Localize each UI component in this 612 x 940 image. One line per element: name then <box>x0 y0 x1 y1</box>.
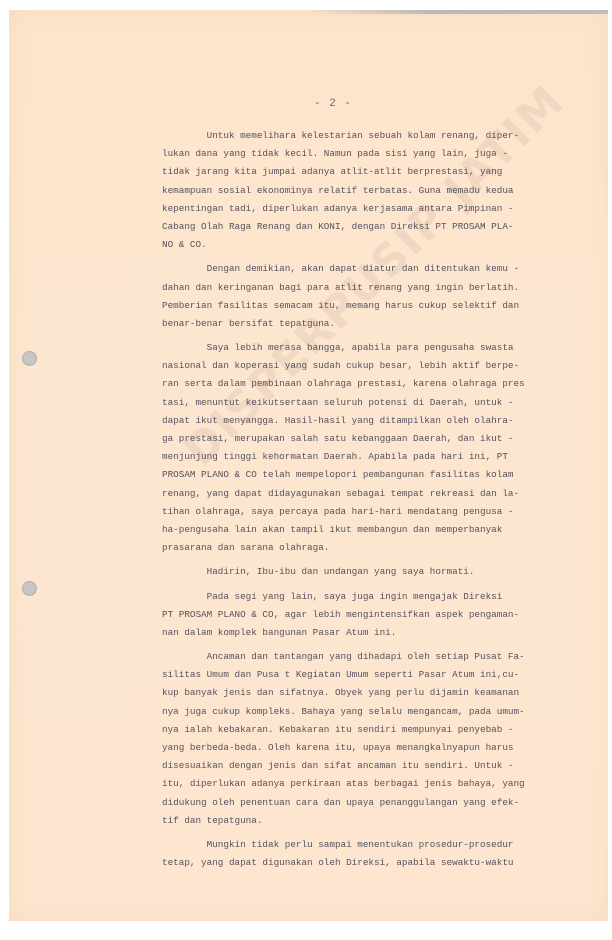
text-line: ran serta dalam pembinaan olahraga prest… <box>162 375 581 393</box>
corner-mark <box>17 22 49 26</box>
text-line: tasi, menuntut keikutsertaan seluruh pot… <box>162 394 581 412</box>
text-line: PT PROSAM PLANO & CO, agar lebih mengint… <box>162 606 581 624</box>
text-line: itu, diperlukan adanya perkiraan atas be… <box>162 775 581 793</box>
paragraph: Ancaman dan tantangan yang dihadapi oleh… <box>189 648 581 830</box>
text-line: dapat ikut menyangga. Hasil-hasil yang d… <box>162 412 581 430</box>
text-line: ha-pengusaha lain akan tampil ikut memba… <box>162 521 581 539</box>
paragraph: Hadirin, Ibu-ibu dan undangan yang saya … <box>189 563 581 581</box>
text-line: Mungkin tidak perlu sampai menentukan pr… <box>162 836 581 854</box>
text-line: ga prestasi, merupakan salah satu kebang… <box>162 430 581 448</box>
scan-edge-shadow <box>309 10 608 14</box>
text-line: dahan dan keringanan bagi para atlit ren… <box>162 279 581 297</box>
text-line: NO & CO. <box>162 236 581 254</box>
text-line: Cabang Olah Raga Renang dan KONI, dengan… <box>162 218 581 236</box>
paragraph: Mungkin tidak perlu sampai menentukan pr… <box>189 836 581 872</box>
body-text: Untuk memelihara kelestarian sebuah kola… <box>189 127 581 872</box>
paragraph: Saya lebih merasa bangga, apabila para p… <box>189 339 581 557</box>
text-line: Ancaman dan tantangan yang dihadapi oleh… <box>162 648 581 666</box>
text-line: nya ialah kebakaran. Kebakaran itu sendi… <box>162 721 581 739</box>
text-line: kemampuan sosial ekonominya relatif terb… <box>162 182 581 200</box>
text-line: renang, yang dapat didayagunakan sebagai… <box>162 485 581 503</box>
text-line: prasarana dan sarana olahraga. <box>162 539 581 557</box>
text-line: menjunjung tinggi kehormatan Daerah. Apa… <box>162 448 581 466</box>
text-line: didukung oleh penentuan cara dan upaya p… <box>162 794 581 812</box>
text-line: PROSAM PLANO & CO telah mempelopori pemb… <box>162 466 581 484</box>
text-line: kepentingan tadi, diperlukan adanya kerj… <box>162 200 581 218</box>
text-line: nasional dan koperasi yang sudah cukup b… <box>162 357 581 375</box>
paragraph: Pada segi yang lain, saya juga ingin men… <box>189 588 581 643</box>
text-line: kup banyak jenis dan sifatnya. Obyek yan… <box>162 684 581 702</box>
text-line: tihan olahraga, saya percaya pada hari-h… <box>162 503 581 521</box>
text-line: Pemberian fasilitas semacam itu, memang … <box>162 297 581 315</box>
text-line: Pada segi yang lain, saya juga ingin men… <box>162 588 581 606</box>
text-line: Dengan demikian, akan dapat diatur dan d… <box>162 260 581 278</box>
paragraph: Untuk memelihara kelestarian sebuah kola… <box>189 127 581 254</box>
text-line: Untuk memelihara kelestarian sebuah kola… <box>162 127 581 145</box>
text-line: tetap, yang dapat digunakan oleh Direksi… <box>162 854 581 872</box>
text-line: Saya lebih merasa bangga, apabila para p… <box>162 339 581 357</box>
punch-hole <box>22 351 37 366</box>
text-line: silitas Umum dan Pusa t Kegiatan Umum se… <box>162 666 581 684</box>
text-line: disesuaikan dengan jenis dan sifat ancam… <box>162 757 581 775</box>
text-line: yang berbeda-beda. Oleh karena itu, upay… <box>162 739 581 757</box>
punch-hole <box>22 581 37 596</box>
text-line: nan dalam komplek bangunan Pasar Atum in… <box>162 624 581 642</box>
text-line: Hadirin, Ibu-ibu dan undangan yang saya … <box>162 563 581 581</box>
text-line: tidak jarang kita jumpai adanya atlit-at… <box>162 163 581 181</box>
document-page: - 2 - DISPERPUSIP JATIM Untuk memelihara… <box>9 10 608 921</box>
text-line: tif dan tepatguna. <box>162 812 581 830</box>
text-line: benar-benar bersifat tepatguna. <box>162 315 581 333</box>
text-line: lukan dana yang tidak kecil. Namun pada … <box>162 145 581 163</box>
paragraph: Dengan demikian, akan dapat diatur dan d… <box>189 260 581 333</box>
page-number: - 2 - <box>314 98 352 110</box>
text-line: nya juga cukup kompleks. Bahaya yang sel… <box>162 703 581 721</box>
